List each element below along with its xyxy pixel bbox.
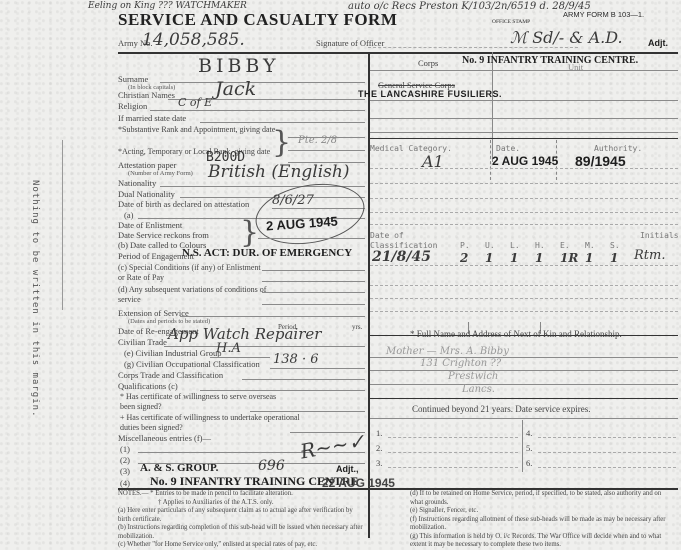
misc-row-2: (2) [120, 455, 130, 465]
period-engagement-value: N.S. ACT: DUR. OF EMERGENCY [182, 247, 352, 259]
special-conditions-label: (c) Special Conditions (if any) of Enlis… [118, 263, 268, 283]
yrs-label: yrs. [352, 323, 362, 331]
classification-value: 1 [485, 251, 493, 265]
misc-stamp-adjt: Adjt., [336, 464, 359, 474]
extension-note: (Dates and periods to be stated) [128, 318, 210, 325]
married-label: If married state date [118, 113, 186, 123]
classification-value: 1 [510, 251, 518, 265]
continued-item-2: 2. [376, 443, 382, 453]
overseas-cert-label: * Has certificate of willingness to serv… [120, 392, 290, 412]
nationality-label: Nationality [118, 178, 156, 188]
classification-value: 1 [535, 251, 543, 265]
classification-value: 1 [585, 251, 593, 265]
enlistment-brace: } [240, 218, 259, 248]
scanned-form: Nothing to be written in this margin. Ee… [0, 0, 681, 550]
surname-value: BIBBY [198, 55, 280, 77]
civilian-trade-label: Civilian Trade [118, 337, 167, 347]
next-of-kin-line-2: 131 Crighton ?? [420, 358, 501, 369]
classification-date-value: 21/8/45 [372, 249, 431, 265]
classification-column-header: M. [585, 241, 595, 250]
service-reckons-label: Date Service reckons from [118, 230, 209, 240]
form-number: ARMY FORM B 103—1. [563, 10, 644, 19]
industrial-group-label: (e) Civilian Industrial Group [124, 348, 222, 358]
classification-column-header: E. [560, 241, 570, 250]
christian-names-value: Jack [215, 78, 256, 100]
misc-stamp-number: 696 [258, 458, 285, 474]
form-title: SERVICE AND CASUALTY FORM [118, 10, 397, 30]
industrial-group-value: H.A [216, 341, 241, 356]
operational-cert-label: + Has certificate of willingness to unde… [120, 413, 320, 433]
qualifications-label: Qualifications (c) [118, 381, 178, 391]
substantive-rank-label: *Substantive Rank and Appointment, givin… [118, 125, 293, 135]
officer-signature: ℳ Sd/- & A.D. [510, 28, 623, 47]
continued-label: Continued beyond 21 years. Date service … [412, 404, 590, 414]
misc-row-4: (4) [120, 478, 130, 488]
unit-stamp: No. 9 INFANTRY TRAINING CENTRE. [462, 55, 638, 66]
next-of-kin-line-1: Mother — Mrs. A. Bibby [386, 346, 509, 357]
misc-label: Miscellaneous entries (f)— [118, 433, 211, 443]
classification-column-header: P. [460, 241, 470, 250]
classification-initials-header: Initials [640, 231, 679, 240]
variations-label: (d) Any subsequent variations of conditi… [118, 285, 268, 305]
misc-date-stamp: 22 AUG 1945 [322, 476, 395, 490]
classification-value: 2 [460, 251, 468, 265]
adjt-label: Adjt. [648, 38, 668, 48]
classification-column-header: S. [610, 241, 620, 250]
army-no-value: 14,058,585. [142, 30, 245, 50]
dual-nationality-label: Dual Nationality [118, 189, 175, 199]
medical-authority-value: 89/1945 [575, 153, 626, 169]
medical-date-value: 2 AUG 1945 [492, 154, 558, 168]
attestation-label: Attestation paper [118, 160, 176, 170]
continued-item-4: 4. [526, 428, 532, 438]
notes-left: NOTES.— * Entries to be made in pencil t… [118, 490, 363, 550]
margin-instruction: Nothing to be written in this margin. [30, 180, 40, 417]
continued-item-6: 6. [526, 458, 532, 468]
classification-column-header: U. [485, 241, 495, 250]
nationality-value: British (English) [208, 162, 349, 182]
medical-date-label: Date. [496, 144, 520, 153]
extension-label: Extension of Service [118, 308, 189, 318]
classification-column-header: H. [535, 241, 545, 250]
classification-value: 1R [560, 251, 578, 265]
notes-right: (d) If to be retained on Home Service, p… [410, 490, 676, 550]
christian-names-label: Christian Names [118, 90, 175, 100]
classification-column-header: L. [510, 241, 520, 250]
misc-stamp-group: A. & S. GROUP. [140, 462, 218, 474]
office-stamp-label: OFFICE STAMP [492, 19, 530, 25]
occupational-value: 138 · 6 [273, 352, 318, 367]
religion-value: C of E [178, 96, 212, 109]
religion-label: Religion [118, 101, 147, 111]
classification-initials-value: Rtm. [634, 248, 665, 263]
misc-row-1: (1) [120, 444, 130, 454]
notes-heading: NOTES.— [118, 490, 148, 497]
misc-row-3: (3) [120, 466, 130, 476]
medical-authority-label: Authority. [594, 144, 642, 153]
continued-item-1: 1. [376, 428, 382, 438]
continued-item-3: 3. [376, 458, 382, 468]
corps-trade-label: Corps Trade and Classification [118, 370, 223, 380]
enlistment-label: Date of Enlistment [118, 220, 182, 230]
misc-signature: Ɍ~~✓ [298, 429, 367, 464]
attestation-note: (Number of Army Form) [128, 170, 193, 177]
rank-brace: } [272, 128, 291, 158]
civilian-trade-value: App Watch Repairer [168, 325, 321, 343]
occupational-label: (g) Civilian Occupational Classification [124, 359, 260, 369]
next-of-kin-label: * Full Name and Address of Next of Kin a… [410, 329, 622, 339]
next-of-kin-line-3: Prestwich [448, 371, 498, 382]
corps-row-2: THE LANCASHIRE FUSILIERS. [358, 89, 502, 99]
note-a-label: (a) [124, 210, 133, 220]
corps-header: Corps [418, 58, 438, 68]
classification-value: 1 [610, 251, 618, 265]
dob-label: Date of birth as declared on attestation [118, 199, 249, 209]
stamp-oval [251, 176, 369, 252]
surname-label: Surname [118, 74, 148, 84]
margin-rule [62, 140, 63, 310]
continued-item-5: 5. [526, 443, 532, 453]
classification-date-of-label: Date of [370, 231, 404, 240]
next-of-kin-line-4: Lancs. [462, 384, 495, 395]
